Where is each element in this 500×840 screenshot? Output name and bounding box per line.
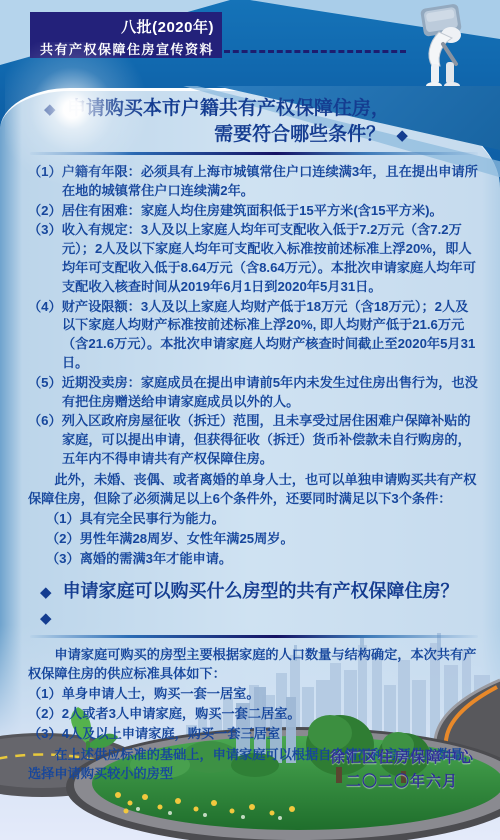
footer-date: 二〇二〇年六月 [330,770,474,794]
item-number: （1） [46,511,80,526]
item-text: 财产设限额：3人及以上家庭人均财产低于18万元（含18万元）；2人及以下家庭人均… [62,299,476,370]
item-number: （4） [28,299,62,314]
housing-type-list: （1）单身申请人士，购买一套一居室。 （2）2人或者3人申请家庭，购买一套二居室… [28,685,480,743]
diamond-icon: ◆ [396,127,408,144]
title-underline [30,152,478,155]
item-text: 近期没卖房：家庭成员在提出申请前5年内未发生过住房出售行为，也没有把住房赠送给申… [62,375,478,409]
item-number: （2） [46,531,80,546]
item-text: 男性年满28周岁、女性年满25周岁。 [80,531,294,546]
section1-title: ◆ 申请购买本市户籍共有产权保障住房， 需要符合哪些条件？ ◆ [28,96,480,148]
title-banner: 八批(2020年) 共有产权保障住房宣传资料 [30,12,222,58]
item-number: （2） [28,706,62,721]
list-item: （5）近期没卖房：家庭成员在提出申请前5年内未发生过住房出售行为，也没有把住房赠… [28,374,480,412]
item-number: （3） [28,726,62,741]
item-number: （3） [46,551,80,566]
item-text: 离婚的需满3年才能申请。 [80,551,232,566]
list-item: （3）收入有规定：3人及以上家庭人均年可支配收入低于7.2万元（含7.2万元）；… [28,221,480,296]
dashed-divider [224,50,406,53]
item-number: （5） [28,375,62,390]
footer-org: 徐汇区住房保障中心 [330,746,474,770]
condition-list: （1）户籍有年限：必须具有上海市城镇常住户口连续满3年，且在提出申请所在地的城镇… [28,163,480,469]
item-text: 具有完全民事行为能力。 [80,511,225,526]
list-item: （2）居住有困难：家庭人均住房建筑面积低于15平方米(含15平方米)。 [28,202,480,221]
item-number: （1） [28,164,62,179]
section1-title-line2: 需要符合哪些条件？ [214,124,385,145]
single-condition-list: （1）具有完全民事行为能力。 （2）男性年满28周岁、女性年满25周岁。 （3）… [28,510,480,568]
item-number: （1） [28,686,62,701]
list-item: （1）单身申请人士，购买一套一居室。 [28,685,480,704]
item-number: （3） [28,222,62,237]
list-item: （3）4人及以上申请家庭，购买一套三居室 [28,725,480,744]
item-text: 2人或者3人申请家庭，购买一套二居室。 [62,706,301,721]
item-number: （6） [28,413,62,428]
item-text: 居住有困难：家庭人均住房建筑面积低于15平方米(含15平方米)。 [62,203,443,218]
single-applicant-note: 此外，未婚、丧偶、或者离婚的单身人士，也可以单独申请购买共有产权保障住房，但除了… [28,471,480,509]
footer-signature: 徐汇区住房保障中心 二〇二〇年六月 [330,746,474,794]
item-number: （2） [28,203,62,218]
diamond-icon: ◆ [40,610,52,627]
item-text: 4人及以上申请家庭，购买一套三居室 [62,726,280,741]
title-underline [30,635,478,638]
item-text: 单身申请人士，购买一套一居室。 [62,686,260,701]
housing-policy-poster: 八批(2020年) 共有产权保障住房宣传资料 [0,0,500,840]
housing-type-intro: 申请家庭可购买的房型主要根据家庭的人口数量与结构确定，本次共有产权保障住房的供应… [28,646,480,684]
section2-title-text: 申请家庭可以购买什么房型的共有产权保障住房？ [63,581,459,601]
item-text: 列入区政府房屋征收（拆迁）范围，且未享受过居住困难户保障补贴的家庭，可以提出申请… [62,413,471,466]
section1-title-line1: 申请购买本市户籍共有产权保障住房， [67,98,390,119]
diamond-icon: ◆ [44,101,56,118]
list-item: （1）户籍有年限：必须具有上海市城镇常住户口连续满3年，且在提出申请所在地的城镇… [28,163,480,201]
list-item: （4）财产设限额：3人及以上家庭人均财产低于18万元（含18万元）；2人及以下家… [28,298,480,373]
banner-batch-label: 八批(2020年) [40,16,214,37]
item-text: 户籍有年限：必须具有上海市城镇常住户口连续满3年，且在提出申请所在地的城镇常住户… [62,164,478,198]
list-item: （2）男性年满28周岁、女性年满25周岁。 [28,530,480,549]
item-text: 收入有规定：3人及以上家庭人均年可支配收入低于7.2万元（含7.2万元）；2人及… [62,222,476,293]
section2-title: ◆ 申请家庭可以购买什么房型的共有产权保障住房？ ◆ [28,579,480,631]
diamond-icon: ◆ [40,584,52,601]
list-item: （6）列入区政府房屋征收（拆迁）范围，且未享受过居住困难户保障补贴的家庭，可以提… [28,412,480,468]
robot-figure-icon [406,4,478,92]
list-item: （2）2人或者3人申请家庭，购买一套二居室。 [28,705,480,724]
list-item: （1）具有完全民事行为能力。 [28,510,480,529]
list-item: （3）离婚的需满3年才能申请。 [28,550,480,569]
main-content: ◆ 申请购买本市户籍共有产权保障住房， 需要符合哪些条件？ ◆ （1）户籍有年限… [28,96,480,785]
banner-title-label: 共有产权保障住房宣传资料 [40,39,214,58]
